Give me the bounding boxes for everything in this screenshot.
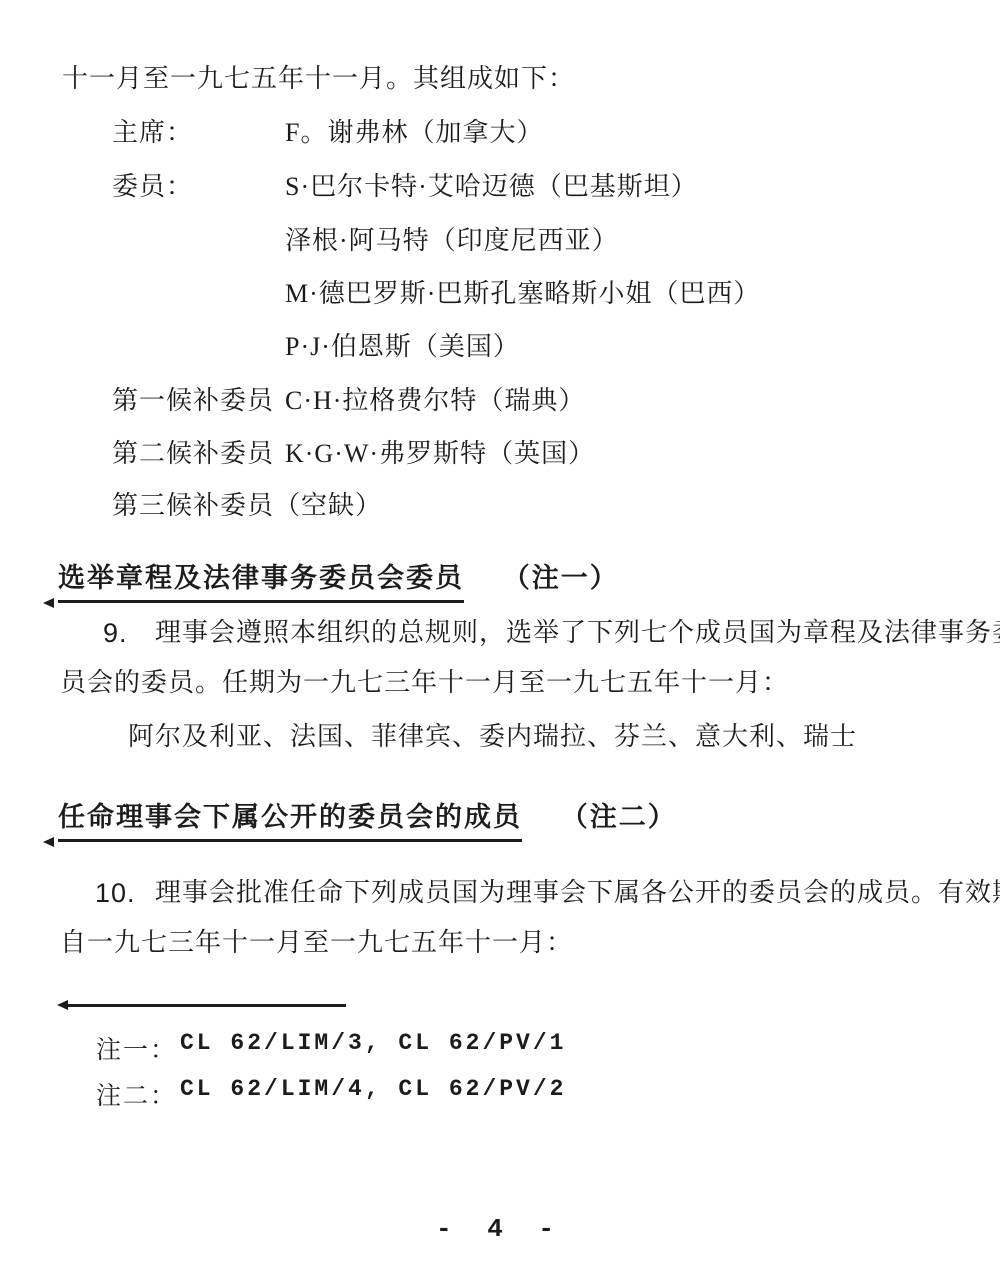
composition-row: 第一候补委员 C·H·拉格费尔特（瑞典） <box>0 384 1000 420</box>
paragraph-10-line2: 自一九七三年十一月至一九七五年十一月： <box>60 926 573 960</box>
section1-heading-row: 选举章程及法律事务委员会委员 （注一） <box>58 556 619 595</box>
footnote-label: 注一： <box>96 1030 177 1066</box>
member-name: 泽根·阿马特（印度尼西亚） <box>285 224 619 258</box>
footnote-citation: CL 62/LIM/4, CL 62/PV/2 <box>180 1076 566 1102</box>
role-label: 委员： <box>112 170 193 204</box>
composition-row: M·德巴罗斯·巴斯孔塞略斯小姐（巴西） <box>0 277 1000 313</box>
paragraph-number: 9. <box>103 616 128 650</box>
section1-heading: 选举章程及法律事务委员会委员 <box>58 563 464 603</box>
section2-note-reference: （注二） <box>561 802 677 832</box>
footnote-row: 注一： CL 62/LIM/3, CL 62/PV/1 <box>0 1030 1000 1064</box>
member-name: K·G·W·弗罗斯特（英国） <box>285 437 595 471</box>
member-name: F。谢弗林（加拿大） <box>285 116 543 150</box>
paragraph-number: 10. <box>95 876 136 910</box>
paragraph-text: 理事会批准任命下列成员国为理事会下属各公开的委员会的成员。有效期 <box>155 876 1000 910</box>
footnote-divider <box>68 1004 346 1007</box>
footnote-row: 注二： CL 62/LIM/4, CL 62/PV/2 <box>0 1076 1000 1110</box>
footnote-label: 注二： <box>96 1076 177 1112</box>
paragraph-text: 理事会遵照本组织的总规则，选举了下列七个成员国为章程及法律事务委 <box>155 616 1000 650</box>
composition-row: 第三候补委员（空缺） <box>0 489 1000 525</box>
composition-row: 泽根·阿马特（印度尼西亚） <box>0 224 1000 260</box>
role-label: 第二候补委员 <box>112 437 274 471</box>
member-name: M·德巴罗斯·巴斯孔塞略斯小姐（巴西） <box>285 277 760 311</box>
section2-heading: 任命理事会下属公开的委员会的成员 <box>58 802 522 842</box>
footnote-citation: CL 62/LIM/3, CL 62/PV/1 <box>180 1030 566 1056</box>
section2-heading-row: 任命理事会下属公开的委员会的成员 （注二） <box>58 795 677 834</box>
countries-list: 阿尔及利亚、法国、菲律宾、委内瑞拉、芬兰、意大利、瑞士 <box>128 720 857 754</box>
page-number: - 4 - <box>0 1214 1000 1244</box>
member-name: S·巴尔卡特·艾哈迈德（巴基斯坦） <box>285 170 698 204</box>
role-label: 第三候补委员（空缺） <box>112 489 382 523</box>
member-name: P·J·伯恩斯（美国） <box>285 330 520 364</box>
paragraph-9-line2: 员会的委员。任期为一九七三年十一月至一九七五年十一月： <box>60 666 789 700</box>
role-label: 第一候补委员 <box>112 384 274 418</box>
composition-row: 第二候补委员 K·G·W·弗罗斯特（英国） <box>0 437 1000 473</box>
composition-row: P·J·伯恩斯（美国） <box>0 330 1000 366</box>
role-label: 主席： <box>112 116 193 150</box>
composition-row: 主席： F。谢弗林（加拿大） <box>0 116 1000 152</box>
composition-row: 委员： S·巴尔卡特·艾哈迈德（巴基斯坦） <box>0 170 1000 206</box>
section1-note-reference: （注一） <box>503 563 619 593</box>
intro-text: 十一月至一九七五年十一月。其组成如下： <box>62 62 575 96</box>
member-name: C·H·拉格费尔特（瑞典） <box>285 384 585 418</box>
